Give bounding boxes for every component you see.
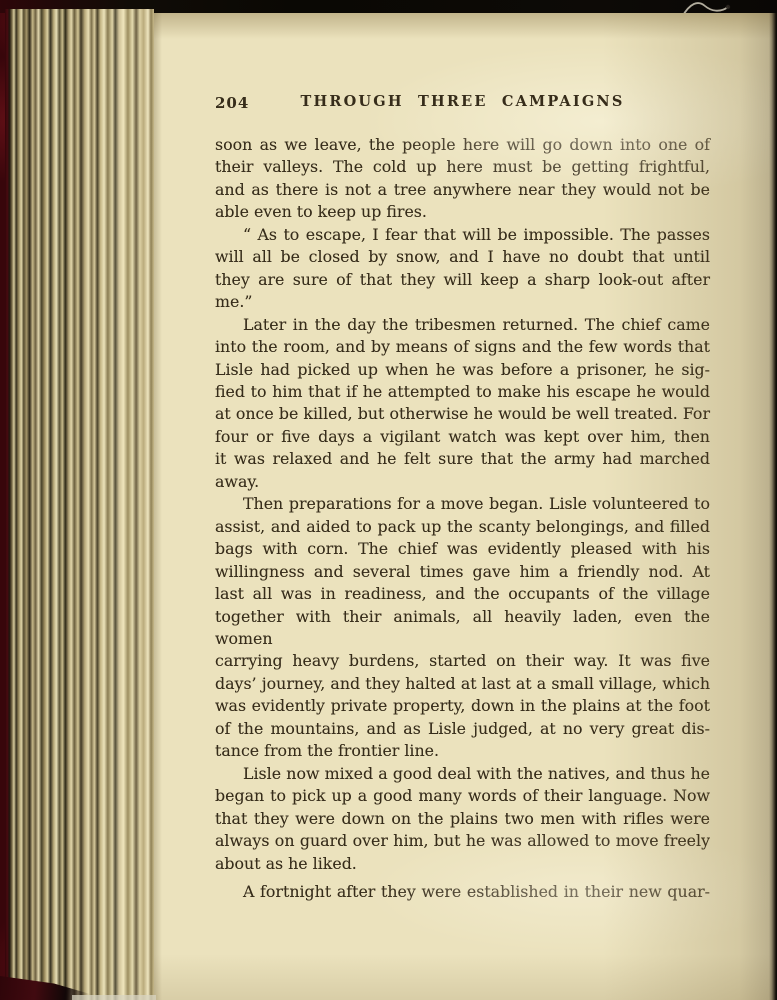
text-line: will all be closed by snow, and I have n… xyxy=(215,246,710,268)
text-line: fied to him that if he attempted to make… xyxy=(215,381,710,403)
page-header: 204 THROUGH THREE CAMPAIGNS xyxy=(215,93,710,113)
text-line: about as he liked. xyxy=(215,853,710,875)
text-line: at once be killed, but otherwise he woul… xyxy=(215,403,710,425)
text-body: soon as we leave, the people here will g… xyxy=(215,134,710,903)
text-line: Later in the day the tribesmen returned.… xyxy=(215,314,710,336)
paragraph: Then preparations for a move began. Lisl… xyxy=(215,493,710,762)
text-line: they are sure of that they will keep a s… xyxy=(215,269,710,291)
text-line: it was relaxed and he felt sure that the… xyxy=(215,448,710,470)
text-line: that they were down on the plains two me… xyxy=(215,808,710,830)
text-line: willingness and several times gave him a… xyxy=(215,561,710,583)
text-line: four or five days a vigilant watch was k… xyxy=(215,426,710,448)
text-line: bags with corn. The chief was evidently … xyxy=(215,538,710,560)
text-line: soon as we leave, the people here will g… xyxy=(215,134,710,156)
paragraph: Lisle now mixed a good deal with the nat… xyxy=(215,763,710,875)
text-line: was evidently private property, down in … xyxy=(215,695,710,717)
paragraph: soon as we leave, the people here will g… xyxy=(215,134,710,224)
text-line: me.” xyxy=(215,291,710,313)
text-line: last all was in readiness, and the occup… xyxy=(215,583,710,605)
paragraph: A fortnight after they were established … xyxy=(215,881,710,903)
text-line: Lisle now mixed a good deal with the nat… xyxy=(215,763,710,785)
book-scan: 204 THROUGH THREE CAMPAIGNS soon as we l… xyxy=(0,0,777,1000)
text-line: together with their animals, all heavily… xyxy=(215,606,710,651)
paragraph: Later in the day the tribesmen returned.… xyxy=(215,314,710,494)
text-line: away. xyxy=(215,471,710,493)
page-number: 204 xyxy=(215,94,249,112)
text-line: A fortnight after they were established … xyxy=(215,881,710,903)
text-line: began to pick up a good many words of th… xyxy=(215,785,710,807)
book-page: 204 THROUGH THREE CAMPAIGNS soon as we l… xyxy=(154,13,777,1000)
bottom-page-sliver xyxy=(72,995,156,1000)
running-title: THROUGH THREE CAMPAIGNS xyxy=(215,93,710,110)
text-line: able even to keep up fires. xyxy=(215,201,710,223)
text-line: assist, and aided to pack up the scanty … xyxy=(215,516,710,538)
text-line: and as there is not a tree anywhere near… xyxy=(215,179,710,201)
text-line: into the room, and by means of signs and… xyxy=(215,336,710,358)
text-line: carrying heavy burdens, started on their… xyxy=(215,650,710,672)
paragraph: “ As to escape, I fear that will be impo… xyxy=(215,224,710,314)
text-line: days’ journey, and they halted at last a… xyxy=(215,673,710,695)
text-line: their valleys. The cold up here must be … xyxy=(215,156,710,178)
text-line: of the mountains, and as Lisle judged, a… xyxy=(215,718,710,740)
text-line: always on guard over him, but he was all… xyxy=(215,830,710,852)
text-line: “ As to escape, I fear that will be impo… xyxy=(215,224,710,246)
text-line: Lisle had picked up when he was before a… xyxy=(215,359,710,381)
page-edges-stack xyxy=(5,9,154,1000)
text-line: tance from the frontier line. xyxy=(215,740,710,762)
text-line: Then preparations for a move began. Lisl… xyxy=(215,493,710,515)
